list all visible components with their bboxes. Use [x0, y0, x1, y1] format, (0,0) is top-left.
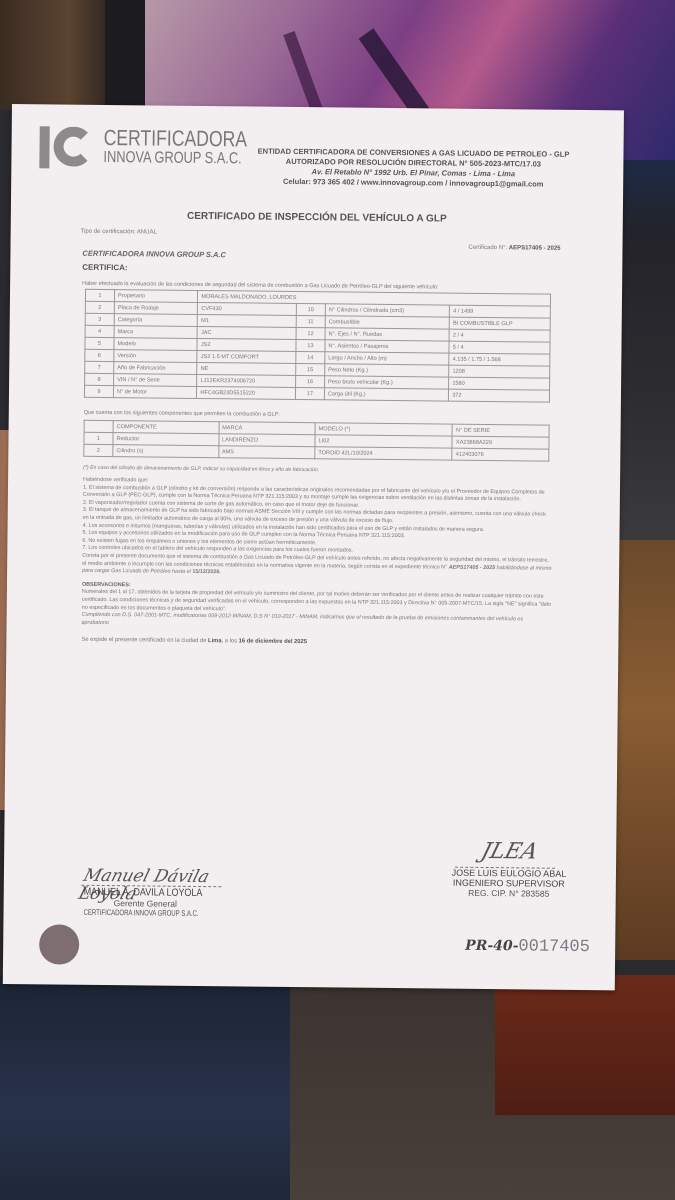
row-number: 6: [85, 349, 114, 361]
row-number: 2: [85, 301, 114, 313]
signature-block-manager: Manuel Dávila Loyola MANUEL A. DAVILA LO…: [83, 867, 244, 919]
certificate-number: Certificado N°: AEPS17405 - 2025: [468, 245, 560, 252]
row-number: 7: [85, 361, 114, 373]
row-number: 16: [295, 375, 324, 387]
background-chair: [495, 975, 675, 1115]
field-value: 4 / 1499: [450, 305, 551, 318]
signature-manager: Manuel Dávila Loyola: [81, 867, 226, 887]
form-prefix: PR-40-: [465, 938, 518, 955]
field-value: JAC: [197, 326, 296, 339]
components-table: COMPONENTEMARCAMODELO (*)N° DE SERIE 1Re…: [83, 420, 549, 462]
row-number: 1: [85, 289, 114, 301]
column-header: MARCA: [219, 422, 316, 435]
field-label: N° de Motor: [113, 386, 197, 399]
field-value: 5 / 4: [449, 341, 550, 354]
field-label: VIN / N° de Serie: [114, 374, 198, 387]
document-title: CERTIFICADO DE INSPECCIÓN DEL VEHÍCULO A…: [11, 209, 623, 226]
component-brand: AMS: [218, 446, 315, 459]
component-brand: LANDIRENZO: [218, 434, 315, 447]
field-label: Propietario: [114, 290, 198, 303]
issue-date: 16 de diciembre del 2025: [239, 639, 307, 646]
field-value: 1580: [449, 377, 550, 390]
component-serial: XA23868A229: [452, 436, 549, 449]
background-monitor-bezel: [105, 0, 145, 110]
logo-line-2: INNOVA GROUP S.A.C.: [103, 149, 247, 169]
certificate-document: CERTIFICADORA INNOVA GROUP S.A.C. ENTIDA…: [3, 104, 624, 990]
signature-engineer: JLEA: [455, 837, 564, 869]
background-wood: [0, 0, 115, 110]
issue-statement: Se expide el presente certificado en la …: [81, 637, 551, 650]
engineer-registration: REG. CIP. N° 283585: [444, 888, 574, 899]
field-value: JS2: [197, 338, 296, 351]
field-value: 1208: [449, 365, 550, 378]
field-value: LJ12EKR2374006720: [197, 374, 296, 387]
field-value: BI COMBUSTIBLE GLP: [449, 317, 550, 330]
verification-list: 1. El sistema de combustión a GLP (cilin…: [82, 484, 553, 557]
components-intro: Que cuenta con los siguientes componente…: [84, 410, 280, 418]
field-label: Placa de Rodaje: [114, 302, 198, 315]
vehicle-table: 1PropietarioMORALES MALDONADO, LOURDES2P…: [84, 289, 551, 403]
row-number: 10: [296, 303, 325, 315]
field-label: Carga útil (Kg.): [324, 388, 448, 401]
field-value: 2 / 4: [449, 329, 550, 342]
row-number: 12: [296, 327, 325, 339]
row-number: 1: [84, 432, 113, 444]
row-number: 11: [296, 315, 325, 327]
column-header-index: [84, 420, 113, 432]
row-number: 4: [85, 325, 114, 337]
form-number: PR-40-0017405: [465, 937, 590, 957]
background-jeans: [0, 975, 300, 1200]
field-value: M1: [198, 314, 297, 327]
field-value: NE: [197, 362, 296, 375]
field-value: HFC4GB23D5515220: [197, 386, 296, 399]
field-label: Modelo: [114, 338, 198, 351]
component-name: Cilindro (s): [113, 445, 219, 458]
header-info: ENTIDAD CERTIFICADORA DE CONVERSIONES A …: [233, 146, 593, 190]
column-header: COMPONENTE: [113, 421, 219, 434]
manager-company: CERTIFICADORA INNOVA GROUP S.A.C.: [83, 908, 203, 918]
certificate-body: Habiéndose verificado que: 1. El sistema…: [81, 477, 553, 650]
row-number: 8: [85, 373, 114, 385]
row-number: 13: [296, 339, 325, 351]
certificate-number-value: AEPS17405 - 2025: [509, 245, 561, 252]
row-number: 3: [85, 313, 114, 325]
row-number: 9: [84, 385, 113, 397]
field-label: Marca: [114, 326, 198, 339]
form-serial: 0017405: [518, 937, 590, 957]
component-serial: 412403076: [452, 448, 549, 461]
component-name: Reductor: [113, 433, 219, 446]
certifica-heading: CERTIFICA:: [82, 263, 127, 272]
component-model: TOROID 42L/10/2024: [315, 447, 453, 460]
column-header: N° DE SERIE: [452, 424, 549, 437]
certificate-number-label: Certificado N°:: [468, 245, 507, 251]
field-label: Versión: [114, 350, 198, 363]
ig-logo-icon: [35, 122, 99, 171]
signature-block-engineer: JLEA JOSE LUIS EULOGIO ABAL INGENIERO SU…: [444, 837, 575, 899]
field-value: 372: [449, 389, 550, 402]
company-name: CERTIFICADORA INNOVA GROUP S.A.C: [82, 249, 226, 260]
field-value: 4.135 / 1.75 / 1.568: [449, 353, 550, 366]
valid-until: 15/12/2026.: [192, 569, 221, 575]
company-stamp-icon: [39, 924, 79, 964]
conclusion: Consta por el presente documento que el …: [82, 553, 552, 581]
row-number: 15: [296, 363, 325, 375]
field-value: CVF430: [198, 302, 297, 315]
row-number: 17: [295, 387, 324, 399]
row-number: 2: [84, 444, 113, 456]
certification-type: Tipo de certificación: ANUAL: [81, 229, 157, 236]
components-footnote: (*) En caso del cilindro de almacenamien…: [83, 465, 319, 473]
row-number: 5: [85, 337, 114, 349]
manager-name: MANUEL A. DAVILA LOYOLA: [84, 886, 220, 899]
logo-line-1: CERTIFICADORA: [104, 127, 248, 151]
engineer-role: INGENIERO SUPERVISOR: [444, 878, 574, 889]
row-number: 14: [296, 351, 325, 363]
field-label: Año de Fabricación: [114, 362, 198, 375]
field-label: Categoría: [114, 314, 198, 327]
field-value: JS2 1.5 MT COMFORT: [197, 350, 296, 363]
